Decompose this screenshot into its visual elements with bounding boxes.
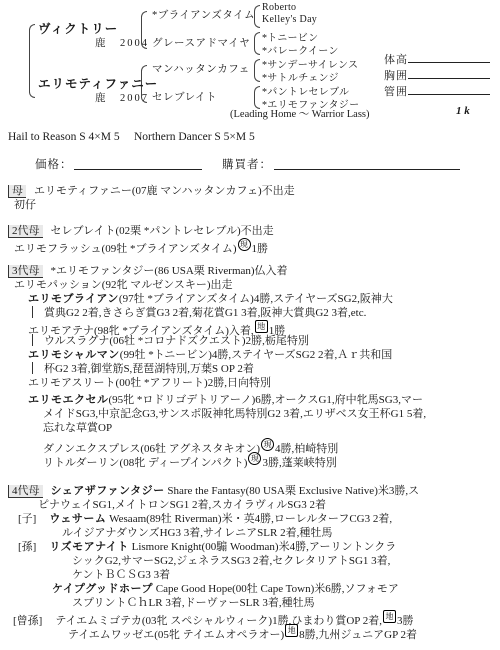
granddam-2: *バレークイーン [262,42,339,57]
generation-label: [曾孫] [13,615,42,627]
horse-name-bold: エリモシャルマン [28,348,120,361]
pedigree-line: ピナウェイSG1,メイトロンSG1 2着,スカイラヴィルSG3 2着 [8,498,500,512]
family-number: 1 k [456,105,470,117]
dam-coat-year: 鹿 2007 [95,90,149,105]
cannon-measure-row: 管囲 [384,82,490,100]
text: Wesaam(89牡 Riverman)米・英4勝,ローレルターフCG3 2着, [106,513,392,525]
horse-name-bold: ウェサーム [49,512,106,525]
price-blank-line [74,156,202,170]
text: (99牡 *トニービン)4勝,ステイヤーズSG2 2着,Ａｒ共和国 [120,349,392,361]
text: Share the Fantasy(80 USA栗 Exclusive Nati… [165,485,419,497]
price-label: 価格： [35,156,73,172]
pedigree-line: ウルスラグナ(06牡 *コロナドズクエスト)2勝,栃尾特別 [8,334,500,348]
tree-line [32,362,44,374]
horse-name-bold: エリモエクセル [28,393,109,406]
text: 3勝,蓬莱峡特別 [262,457,336,469]
pedigree-line: メイドSG3,中京記念G3,サンスポ阪神牝馬特別G2 3着,エリザベス女王杯G1… [8,407,500,421]
chest-blank-line [408,67,490,79]
granddam-1: Kelley's Day [262,14,317,25]
pedigree-line: 賞典G2 2着,きさらぎ賞G3 2着,菊花賞G1 3着,阪神大賞典G2 3着,e… [8,306,500,320]
text: エリモフラッシュ(09牡 *ブライアンズタイム) [14,243,237,255]
pedigree-line: [曾孫]テイエムミゴテカ(03牝 スペシャルウィーク)1勝,ひまわり賞OP 2着… [8,610,500,624]
pedigree-line: 母エリモティファニー(07鹿 マンハッタンカフェ)不出走 [8,184,500,198]
bracket-main [29,24,35,98]
pedigree-lines: 母エリモティファニー(07鹿 マンハッタンカフェ)不出走初仔2代母セレブレイト(… [8,184,500,638]
text: Lismore Knight(00騸 Woodman)米4勝,アーリントンクラ [129,541,396,553]
text: ピナウェイSG1,メイトロンSG1 2着,スカイラヴィルSG3 2着 [38,499,326,511]
pedigree-line: エリモブライアン(97牡 *ブライアンズタイム)4勝,ステイヤーズSG2,阪神大 [8,292,500,306]
horse-name-bold: シェアザファンタジー [51,484,165,497]
horse-name-bold: ケイプグッドホープ [52,582,153,595]
horse-name-bold: リズモアナイト [49,540,129,553]
family-line: (Leading Home ～ Warrior Lass) [230,106,370,121]
catalog-page: { "pedigree": { "sire": { "name": "ヴィクトリ… [0,0,500,650]
text: 忘れな草賞OP [43,422,112,434]
text: テイエムワッゼエ(05牝 テイエムオペラオー) [68,629,284,641]
generation-label: 2代母 [8,225,43,238]
cannon-blank-line [408,83,490,95]
tree-line [32,334,44,346]
pedigree-line: 初仔 [8,198,500,212]
regional-box-mark: 地 [255,320,268,333]
bracket-grandparents-2 [254,32,260,55]
generation-label: [子] [18,513,36,525]
cannon-label: 管囲 [384,86,408,98]
pedigree-line: 2代母セレブレイト(02栗 *パントレセレブル)不出走 [8,224,500,238]
text: 8勝,九州ジュニアGP 2着 [299,629,417,641]
sire-sire: *ブライアンズタイム [152,7,255,22]
granddam-3: *サトルチェンジ [262,69,339,84]
text: リトルダーリン(08牝 ディープインパクト) [43,457,247,469]
text: ルイジアナダウンズHG3 3着,サイレニアSLR 2着,種牡馬 [62,527,332,539]
pedigree-line: ルイジアナダウンズHG3 3着,サイレニアSLR 2着,種牡馬 [8,526,500,540]
pedigree-line: シックG2,サマーSG2,ジェネラスSG3 2着,セクレタリアトSG1 3着, [8,554,500,568]
height-blank-line [408,51,490,63]
active-circle-mark: 現 [261,438,274,451]
dam-dam: セレブレイト [152,89,217,104]
tree-line [32,306,44,318]
pedigree-line: ケントＢＣＳG3 3着 [8,568,500,582]
active-circle-mark: 現 [248,452,261,465]
pedigree-line: テイエムワッゼエ(05牝 テイエムオペラオー)地8勝,九州ジュニアGP 2着 [8,624,500,638]
pedigree-line: 3代母*エリモファンタジー(86 USA栗 Riverman)仏入着 [8,264,500,278]
text: スプリントＣｈLR 3着,ドーヴァーSLR 3着,種牡馬 [72,597,315,609]
generation-label: 4代母 [8,485,43,498]
text: エリモアスリート(00牡 *アフリート)2勝,日向特別 [28,377,271,389]
pedigree-line: 忘れな草賞OP [8,421,500,435]
buyer-label: 購買者： [222,156,272,172]
pedigree-line: エリモフラッシュ(09牡 *ブライアンズタイム)現1勝 [8,238,500,252]
pedigree-line: スプリントＣｈLR 3着,ドーヴァーSLR 3着,種牡馬 [8,596,500,610]
text: *エリモファンタジー(86 USA栗 Riverman)仏入着 [51,265,288,277]
dam-sire: マンハッタンカフェ [152,61,250,76]
pedigree-line: ケイプグッドホープ Cape Good Hope(00牡 Cape Town)米… [8,582,500,596]
pedigree-line: リトルダーリン(08牝 ディープインパクト)現3勝,蓬莱峡特別 [8,452,500,466]
pedigree-line: 杯G2 3着,御堂筋S,琵琶湖特別,万葉S OP 2着 [8,362,500,376]
height-label: 体高 [384,54,408,66]
text: 初仔 [14,199,36,211]
pedigree-line: エリモシャルマン(99牡 *トニービン)4勝,ステイヤーズSG2 2着,Ａｒ共和… [8,348,500,362]
active-circle-mark: 現 [238,238,251,251]
horse-name-bold: エリモブライアン [28,292,119,305]
text: エリモパッション(92牝 マルゼンスキー)出走 [14,279,233,291]
text: シックG2,サマーSG2,ジェネラスSG3 2着,セクレタリアトSG1 3着, [72,555,390,567]
text: ケントＢＣＳG3 3着 [72,569,170,581]
regional-box-mark: 地 [383,610,396,623]
pedigree-line: [子]ウェサーム Wesaam(89牡 Riverman)米・英4勝,ローレルタ… [8,512,500,526]
pedigree-line: 4代母シェアザファンタジー Share the Fantasy(80 USA栗 … [8,484,500,498]
pedigree-box: ヴィクトリー 鹿 2004 エリモティファニー 鹿 2007 *ブライアンズタイ… [0,0,500,125]
text: ウルスラグナ(06牡 *コロナドズクエスト)2勝,栃尾特別 [44,335,309,347]
sire-coat-year: 鹿 2004 [95,35,149,50]
pedigree-line: ダノンエクスプレス(06牡 アグネスタキオン)現4勝,柏崎特別 [8,438,500,452]
buyer-blank-line [274,156,460,170]
text: エリモティファニー(07鹿 マンハッタンカフェ)不出走 [34,185,295,197]
text: (97牡 *ブライアンズタイム)4勝,ステイヤーズSG2,阪神大 [119,293,393,305]
bracket-grandparents-3 [254,59,260,82]
text: メイドSG3,中京記念G3,サンスポ阪神牝馬特別G2 3着,エリザベス女王杯G1… [43,408,426,420]
pedigree-line: エリモアテナ(98牝 *ブライアンズタイム)入着,地1勝 [8,320,500,334]
pedigree-line: [孫]リズモアナイト Lismore Knight(00騸 Woodman)米4… [8,540,500,554]
inbreeding-note: Hail to Reason S 4×M 5 Northern Dancer S… [8,128,255,144]
generation-label: 3代母 [8,265,43,278]
text: (95牝 *ロドリゴデトリアーノ)6勝,オークスG1,府中牝馬SG3,マー [109,394,423,406]
pedigree-line: エリモエクセル(95牝 *ロドリゴデトリアーノ)6勝,オークスG1,府中牝馬SG… [8,393,500,407]
chest-label: 胸囲 [384,70,408,82]
pedigree-line: エリモパッション(92牝 マルゼンスキー)出走 [8,278,500,292]
sire-dam: グレースアドマイヤ [152,35,250,50]
text: 1勝 [252,243,269,255]
generation-label: 母 [8,185,26,198]
text: 賞典G2 2着,きさらぎ賞G3 2着,菊花賞G1 3着,阪神大賞典G2 3着,e… [44,307,366,319]
grandsire-1: Roberto [262,2,296,13]
generation-label: [孫] [18,541,36,553]
text: 杯G2 3着,御堂筋S,琵琶湖特別,万葉S OP 2着 [44,363,254,375]
text: Cape Good Hope(00牡 Cape Town)米6勝,ソフォモア [153,583,399,595]
text: セレブレイト(02栗 *パントレセレブル)不出走 [51,225,274,237]
regional-box-mark: 地 [285,624,298,637]
pedigree-line: エリモアスリート(00牡 *アフリート)2勝,日向特別 [8,376,500,390]
